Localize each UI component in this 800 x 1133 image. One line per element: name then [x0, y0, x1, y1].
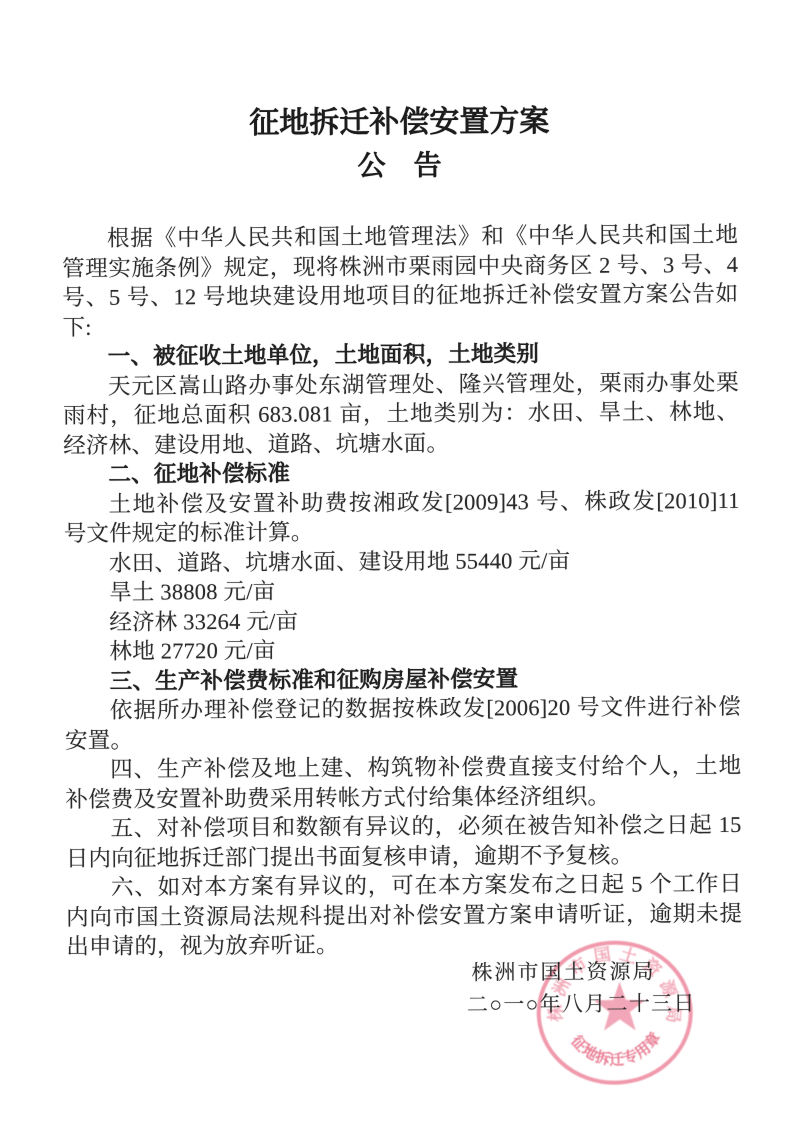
- signature-date: 二○一○年八月二十三日: [67, 987, 743, 1023]
- document-title: 征地拆迁补偿安置方案: [61, 104, 737, 142]
- paragraph-section3-body: 依据所办理补偿登记的数据按株政发[2006]20 号文件进行补偿安置。: [65, 692, 741, 755]
- section-heading-2: 二、征地补偿标准: [63, 456, 739, 490]
- rate-line-economic-forest: 经济林 33264 元/亩: [64, 603, 740, 637]
- document-text: 根据《中华人民共和国土地管理法》和《中华人民共和国土地管理实施条例》规定，现将株…: [62, 220, 742, 962]
- section-heading-3: 三、生产补偿费标准和征购房屋补偿安置: [65, 662, 741, 696]
- scanned-announcement-page: 株洲市国土资源局 征地拆迁专用章 征地拆迁补偿安置方案 公 告 根据《中华人民共…: [0, 0, 800, 1133]
- paragraph-section2-body: 土地补偿及安置补助费按湘政发[2009]43 号、株政发[2010]11 号文件…: [64, 485, 740, 548]
- paragraph-section6: 六、如对本方案有异议的，可在本方案发布之日起 5 个工作日内向市国土资源局法规科…: [66, 869, 743, 962]
- paragraph-section4: 四、生产补偿及地上建、构筑物补偿费直接支付给个人，土地补偿费及安置补助费采用转帐…: [65, 751, 741, 814]
- paragraph-intro: 根据《中华人民共和国土地管理法》和《中华人民共和国土地管理实施条例》规定，现将株…: [62, 220, 739, 342]
- rate-line-forest-land: 林地 27720 元/亩: [64, 633, 740, 667]
- rate-line-dry-land: 旱土 38808 元/亩: [64, 574, 740, 608]
- section-heading-1: 一、被征收土地单位，土地面积，土地类别: [63, 338, 739, 372]
- paragraph-section5: 五、对补偿项目和数额有异议的，必须在被告知补偿之日起 15 日内向征地拆迁部门提…: [66, 810, 742, 873]
- signature-agency: 株洲市国土资源局: [66, 955, 742, 991]
- scan-skew-wrapper: 株洲市国土资源局 征地拆迁专用章 征地拆迁补偿安置方案 公 告 根据《中华人民共…: [0, 0, 800, 1133]
- signature-block: 株洲市国土资源局 二○一○年八月二十三日: [66, 955, 742, 1023]
- document-body: 征地拆迁补偿安置方案 公 告 根据《中华人民共和国土地管理法》和《中华人民共和国…: [61, 104, 742, 962]
- document-subtitle: 公 告: [61, 150, 737, 184]
- paragraph-section1-body: 天元区嵩山路办事处东湖管理处、隆兴管理处，栗雨办事处栗雨村，征地总面积 683.…: [63, 367, 740, 460]
- rate-line-paddy-road: 水田、道路、坑塘水面、建设用地 55440 元/亩: [64, 544, 740, 578]
- seal-bottom-text: 征地拆迁专用章: [567, 1028, 665, 1069]
